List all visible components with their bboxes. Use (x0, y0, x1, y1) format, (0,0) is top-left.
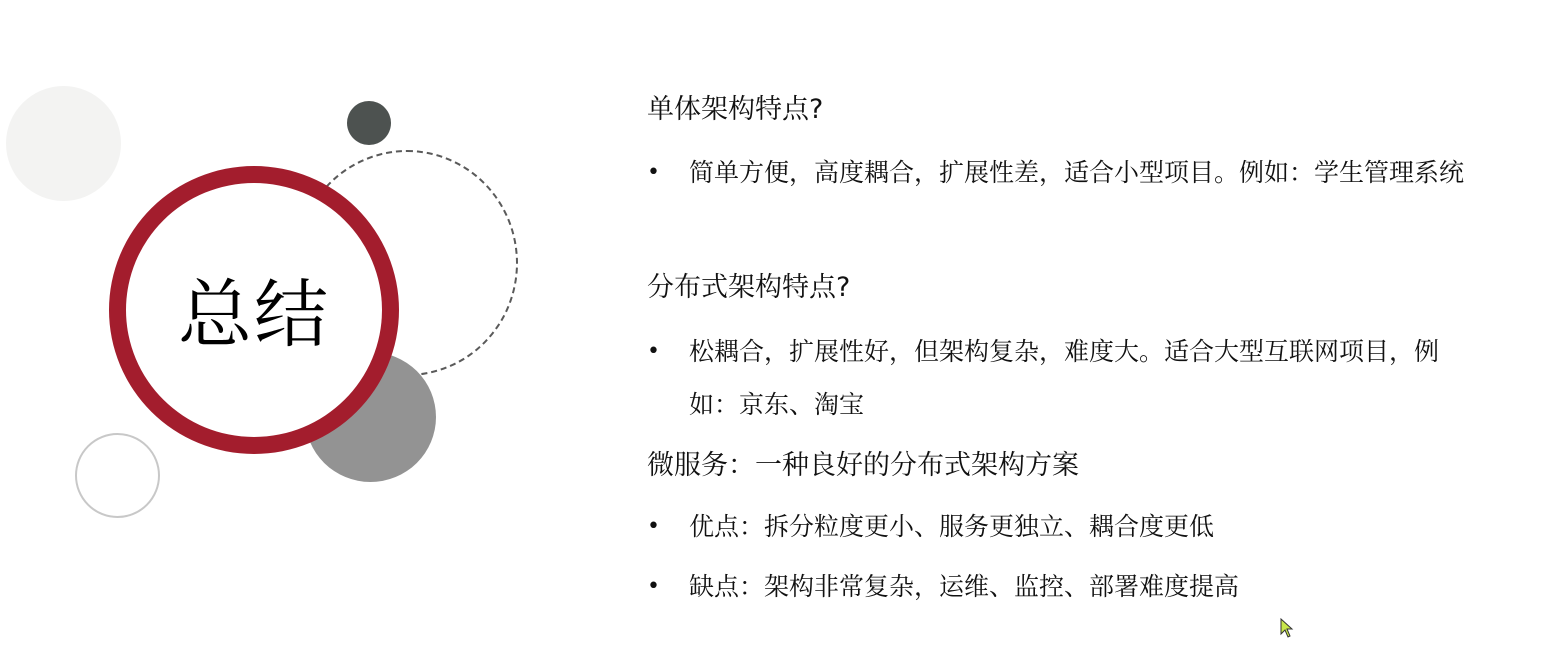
bullet-text: 松耦合，扩展性好，但架构复杂，难度大。适合大型互联网项目，例如：京东、淘宝 (689, 337, 1439, 419)
bullet-icon: • (647, 146, 660, 199)
slide-title: 总结 (178, 256, 330, 362)
bullet-text: 缺点：架构非常复杂，运维、监控、部署难度提高 (689, 572, 1239, 601)
section-heading-monolith: 单体架构特点? (647, 88, 823, 132)
bullet-text: 优点：拆分粒度更小、服务更独立、耦合度更低 (689, 512, 1214, 541)
section-heading-distributed: 分布式架构特点? (647, 266, 850, 310)
outline-circle-decoration (75, 433, 160, 518)
section-heading-microservices: 微服务：一种良好的分布式架构方案 (647, 444, 1079, 488)
dark-circle-decoration (347, 101, 391, 145)
bullet-icon: • (647, 560, 660, 613)
bullet-icon: • (647, 325, 660, 378)
bullet-icon: • (647, 500, 660, 553)
bullet-item: • 优点：拆分粒度更小、服务更独立、耦合度更低 (647, 500, 1214, 553)
bullet-item: • 松耦合，扩展性好，但架构复杂，难度大。适合大型互联网项目，例如：京东、淘宝 (647, 325, 1469, 431)
bullet-item: • 缺点：架构非常复杂，运维、监控、部署难度提高 (647, 560, 1239, 613)
bullet-text: 简单方便，高度耦合，扩展性差，适合小型项目。例如：学生管理系统 (689, 158, 1464, 187)
light-gray-circle-decoration (6, 86, 121, 201)
bullet-item: • 简单方便，高度耦合，扩展性差，适合小型项目。例如：学生管理系统 (647, 146, 1469, 199)
title-ring: 总结 (109, 166, 399, 454)
mouse-cursor-icon (1280, 618, 1294, 638)
